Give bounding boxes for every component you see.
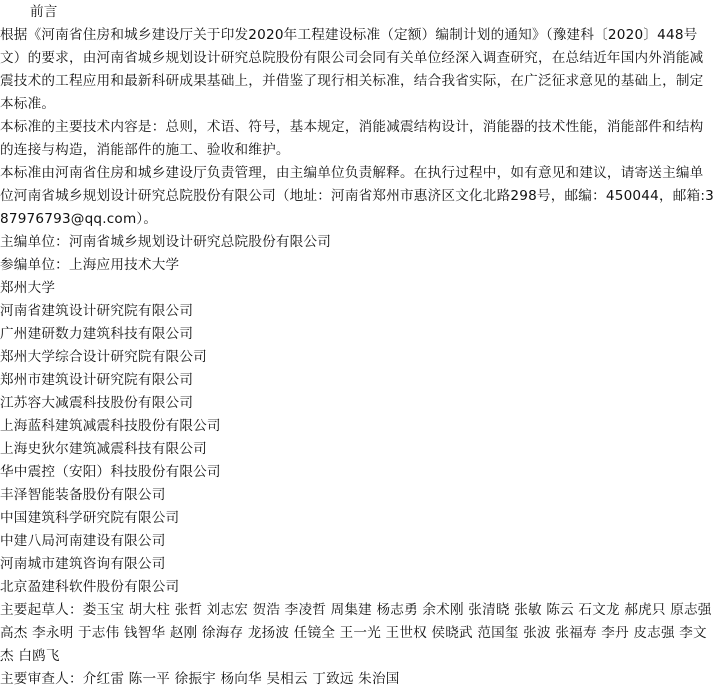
participating-unit: 上海史狄尔建筑减震科技有限公司 xyxy=(0,438,716,461)
document-page: 前言 根据《河南省住房和城乡建设厅关于印发2020年工程建设标准（定额）编制计划… xyxy=(0,0,718,688)
participating-unit: 中建八局河南建设有限公司 xyxy=(0,530,716,553)
preface-paragraph-contents: 本标准的主要技术内容是：总则，术语、符号，基本规定，消能减震结构设计，消能器的技… xyxy=(0,116,716,162)
participating-unit: 郑州大学 xyxy=(0,277,716,300)
participating-unit: 丰泽智能装备股份有限公司 xyxy=(0,484,716,507)
participating-unit: 河南城市建筑咨询有限公司 xyxy=(0,553,716,576)
participating-unit: 郑州大学综合设计研究院有限公司 xyxy=(0,346,716,369)
main-drafters: 主要起草人：娄玉宝 胡大柱 张哲 刘志宏 贺浩 李凌哲 周集建 杨志勇 余术刚 … xyxy=(0,599,716,668)
participating-unit: 郑州市建筑设计研究院有限公司 xyxy=(0,369,716,392)
participating-unit: 华中震控（安阳）科技股份有限公司 xyxy=(0,461,716,484)
participating-unit: 上海蓝科建筑减震科技股份有限公司 xyxy=(0,415,716,438)
preface-paragraph-basis: 根据《河南省住房和城乡建设厅关于印发2020年工程建设标准（定额）编制计划的通知… xyxy=(0,24,716,116)
main-reviewers: 主要审查人：介红雷 陈一平 徐振宇 杨向华 吴相云 丁致远 朱治国 xyxy=(0,668,716,688)
chief-editor-unit: 主编单位：河南省城乡规划设计研究总院股份有限公司 xyxy=(0,231,716,254)
participating-unit-first: 参编单位：上海应用技术大学 xyxy=(0,254,716,277)
participating-unit: 北京盈建科软件股份有限公司 xyxy=(0,576,716,599)
participating-unit: 河南省建筑设计研究院有限公司 xyxy=(0,300,716,323)
participating-unit: 中国建筑科学研究院有限公司 xyxy=(0,507,716,530)
participating-unit: 广州建研数力建筑科技有限公司 xyxy=(0,323,716,346)
preface-paragraph-management: 本标准由河南省住房和城乡建设厅负责管理，由主编单位负责解释。在执行过程中，如有意… xyxy=(0,162,716,231)
participating-unit: 江苏容大减震科技股份有限公司 xyxy=(0,392,716,415)
participating-unit-list: 郑州大学 河南省建筑设计研究院有限公司 广州建研数力建筑科技有限公司 郑州大学综… xyxy=(0,277,718,599)
preface-title: 前言 xyxy=(0,1,718,24)
